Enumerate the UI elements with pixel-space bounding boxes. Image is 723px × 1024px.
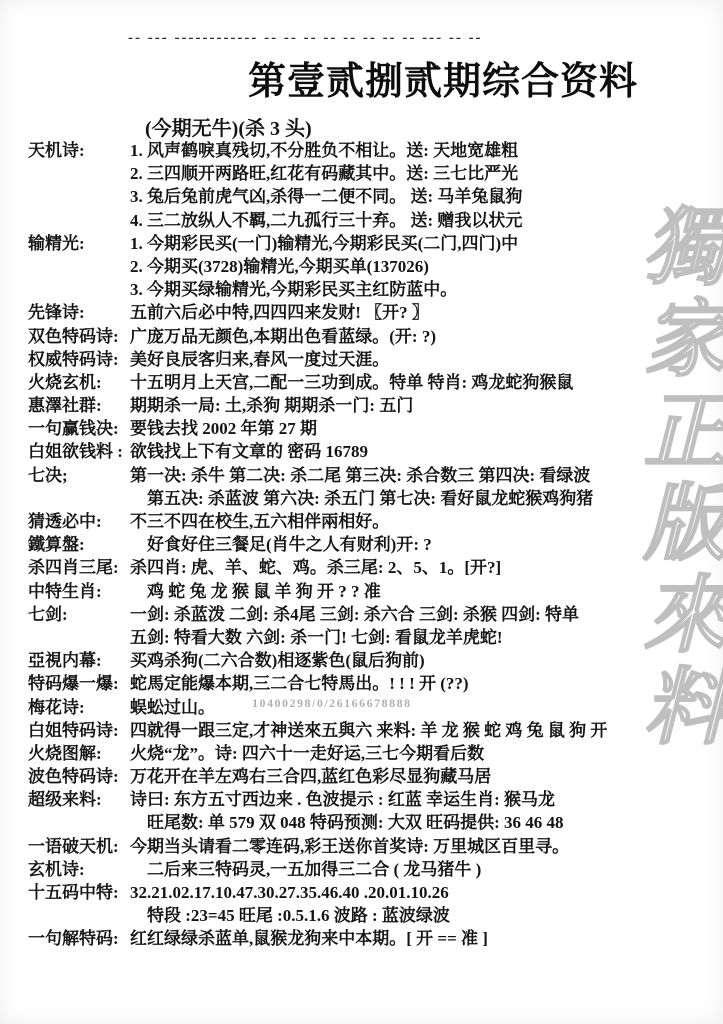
row-line: 旺尾数: 单 579 双 048 特码预测: 大双 旺码提供: 36 46 48 [130,811,723,834]
info-row: 天机诗: 1. 风声鹤唳真残切,不分胜负不相让。送: 天地宽雄粗2. 三四顺开两… [28,139,723,232]
row-label: 输精光: [28,232,85,255]
row-lines: 1. 今期彩民买(一门)输精光,今期彩民买(二门,四门)中2. 今期买(3728… [130,232,723,302]
page-title: 第壹贰捌贰期综合资料 [248,50,638,105]
row-label: 白姐欲钱料 : [28,440,123,463]
row-label: 双色特码诗: [28,325,119,348]
row-line: 十五明月上天宫,二配一三功到成。特单 特肖: 鸡龙蛇狗猴鼠 [130,371,723,394]
row-line: 一剑: 杀蓝泼 二剑: 杀4尾 三剑: 杀六合 三剑: 杀猴 四剑: 特单 [130,603,723,626]
row-lines: 期期杀一局: 土,杀狗 期期杀一门: 五门 [130,394,723,417]
info-row: 十五码中特: 32.21.02.17.10.47.30.27.35.46.40 … [28,881,723,927]
info-row: 中特生肖: 鸡 蛇 兔 龙 猴 鼠 羊 狗 开 ? ? 准 [28,580,723,603]
info-row: 火烧玄机: 十五明月上天宫,二配一三功到成。特单 特肖: 鸡龙蛇狗猴鼠 [28,371,723,394]
info-row: 波色特码诗: 万花开在羊左鸡右三合四,蓝红色彩尽显狗藏马居 [28,765,723,788]
top-clipped-text-line: -- --- ------------ -- -- -- -- -- -- --… [128,30,598,43]
row-line: 诗曰: 东方五寸西边来 . 色波提示 : 红蓝 幸运生肖: 猴马龙 [130,788,723,811]
row-line: 红红绿绿杀蓝单,鼠猴龙狗来中本期。[ 开 == 准 ] [130,927,723,950]
row-label: 亞視内幕: [28,649,102,672]
row-label: 一语破天机: [28,835,119,858]
info-row: 特码爆一爆: 蛇馬定能爆本期,三二合七特馬出。! ! ! 开 (??) [28,672,723,695]
row-line: 期期杀一局: 土,杀狗 期期杀一门: 五门 [130,394,723,417]
info-row: 七剑: 一剑: 杀蓝泼 二剑: 杀4尾 三剑: 杀六合 三剑: 杀猴 四剑: 特… [28,603,723,649]
row-lines: 32.21.02.17.10.47.30.27.35.46.40 .20.01.… [130,881,723,927]
row-line: 美好良辰客归来,春风一度过天涯。 [130,348,723,371]
row-label: 十五码中特: [28,881,119,904]
row-lines: 四就得一跟三定,才神送來五與六 来料: 羊 龙 猴 蛇 鸡 兔 鼠 狗 开 [130,719,723,742]
row-lines: 万花开在羊左鸡右三合四,蓝红色彩尽显狗藏马居 [130,765,723,788]
row-label: 天机诗: [28,139,85,162]
row-line: 4. 三二放纵人不羁,二九孤行三十弃。 送: 赠我以状元 [130,209,723,232]
row-lines: 广庞万品无颜色,本期出色看蓝绿。(开: ?) [130,325,723,348]
row-lines: 蜈蚣过山。 [130,696,723,719]
info-row: 惠澤社群: 期期杀一局: 土,杀狗 期期杀一门: 五门 [28,394,723,417]
row-line: 广庞万品无颜色,本期出色看蓝绿。(开: ?) [130,325,723,348]
row-line: 欲钱找上下有文章的 密码 16789 [130,440,723,463]
info-row: 先锋诗: 五前六后必中特,四四四来发财! 〖开? 〗 [28,301,723,324]
row-lines: 二后来三特码灵,一五加得三二合 ( 龙马猪牛 ) [130,858,723,881]
row-label: 惠澤社群: [28,394,102,417]
row-line: 2. 今期买(3728)输精光,今期买单(137026) [130,255,723,278]
row-line: 杀四肖: 虎、羊、蛇、鸡。杀三尾: 2、5、1。[开?] [130,556,723,579]
row-label: 中特生肖: [28,580,102,603]
row-label: 玄机诗: [28,858,85,881]
row-line: 买鸡杀狗(二六合数)相逐紫色(鼠后狗前) [130,649,723,672]
row-lines: 不三不四在校生,五六相伴兩相好。 [130,510,723,533]
info-row: 超级来料: 诗曰: 东方五寸西边来 . 色波提示 : 红蓝 幸运生肖: 猴马龙 … [28,788,723,834]
row-lines: 火烧“龙”。诗: 四六十一走好运,三七今期看后数 [130,742,723,765]
row-line: 今期当头请看二零连码,彩王送你首奖诗: 万里城区百里寻。 [130,835,723,858]
row-line: 特段 :23=45 旺尾 :0.5.1.6 波路 : 蓝波绿波 [130,904,723,927]
row-lines: 鸡 蛇 兔 龙 猴 鼠 羊 狗 开 ? ? 准 [130,580,723,603]
row-lines: 诗曰: 东方五寸西边来 . 色波提示 : 红蓝 幸运生肖: 猴马龙 旺尾数: 单… [130,788,723,834]
row-line: 3. 兔后兔前虎气凶,杀得一二便不同。 送: 马羊兔鼠狗 [130,185,723,208]
row-line: 2. 三四顺开两路旺,红花有码藏其中。送: 三七比严光 [130,162,723,185]
row-label: 鐵算盤: [28,533,85,556]
row-lines: 买鸡杀狗(二六合数)相逐紫色(鼠后狗前) [130,649,723,672]
faint-overprint-artifact: 10400298/0/26166678888 [252,696,412,711]
info-row: 一语破天机: 今期当头请看二零连码,彩王送你首奖诗: 万里城区百里寻。 [28,835,723,858]
row-line: 万花开在羊左鸡右三合四,蓝红色彩尽显狗藏马居 [130,765,723,788]
row-line: 蜈蚣过山。 [130,696,723,719]
row-label: 火烧图解: [28,742,102,765]
info-row: 鐵算盤: 好食好住三餐足(肖牛之人有财利)开: ? [28,533,723,556]
row-label: 权威特码诗: [28,348,119,371]
info-row: 双色特码诗: 广庞万品无颜色,本期出色看蓝绿。(开: ?) [28,325,723,348]
row-label: 特码爆一爆: [28,672,119,695]
info-row: 杀四肖三尾: 杀四肖: 虎、羊、蛇、鸡。杀三尾: 2、5、1。[开?] [28,556,723,579]
info-row: 权威特码诗: 美好良辰客归来,春风一度过天涯。 [28,348,723,371]
row-label: 白姐特码诗: [28,719,119,742]
row-lines: 要钱去找 2002 年第 27 期 [130,417,723,440]
row-line: 火烧“龙”。诗: 四六十一走好运,三七今期看后数 [130,742,723,765]
info-row: 亞視内幕: 买鸡杀狗(二六合数)相逐紫色(鼠后狗前) [28,649,723,672]
row-label: 猜透必中: [28,510,102,533]
info-row: 火烧图解: 火烧“龙”。诗: 四六十一走好运,三七今期看后数 [28,742,723,765]
row-line: 五剑: 特看大数 六剑: 杀一门! 七剑: 看鼠龙羊虎蛇! [130,626,723,649]
row-line: 五前六后必中特,四四四来发财! 〖开? 〗 [130,301,723,324]
row-label: 一句赢钱决: [28,417,119,440]
row-lines: 美好良辰客归来,春风一度过天涯。 [130,348,723,371]
row-label: 七决; [28,464,68,487]
row-lines: 欲钱找上下有文章的 密码 16789 [130,440,723,463]
row-lines: 十五明月上天宫,二配一三功到成。特单 特肖: 鸡龙蛇狗猴鼠 [130,371,723,394]
row-line: 3. 今期买绿输精光,今期彩民买主红防蓝中。 [130,278,723,301]
row-label: 梅花诗: [28,696,85,719]
row-lines: 今期当头请看二零连码,彩王送你首奖诗: 万里城区百里寻。 [130,835,723,858]
row-line: 32.21.02.17.10.47.30.27.35.46.40 .20.01.… [130,881,723,904]
row-line: 二后来三特码灵,一五加得三二合 ( 龙马猪牛 ) [130,858,723,881]
row-lines: 蛇馬定能爆本期,三二合七特馬出。! ! ! 开 (??) [130,672,723,695]
row-line: 第五决: 杀蓝波 第六决: 杀五门 第七决: 看好鼠龙蛇猴鸡狗猪 [130,487,723,510]
row-line: 蛇馬定能爆本期,三二合七特馬出。! ! ! 开 (??) [130,672,723,695]
row-line: 1. 今期彩民买(一门)输精光,今期彩民买(二门,四门)中 [130,232,723,255]
row-lines: 1. 风声鹤唳真残切,不分胜负不相让。送: 天地宽雄粗2. 三四顺开两路旺,红花… [130,139,723,232]
info-row: 猜透必中: 不三不四在校生,五六相伴兩相好。 [28,510,723,533]
row-label: 杀四肖三尾: [28,556,119,579]
row-lines: 杀四肖: 虎、羊、蛇、鸡。杀三尾: 2、5、1。[开?] [130,556,723,579]
row-lines: 一剑: 杀蓝泼 二剑: 杀4尾 三剑: 杀六合 三剑: 杀猴 四剑: 特单五剑:… [130,603,723,649]
row-line: 1. 风声鹤唳真残切,不分胜负不相让。送: 天地宽雄粗 [130,139,723,162]
row-label: 一句解特码: [28,927,119,950]
info-row: 白姐特码诗: 四就得一跟三定,才神送來五與六 来料: 羊 龙 猴 蛇 鸡 兔 鼠… [28,719,723,742]
row-line: 好食好住三餐足(肖牛之人有财利)开: ? [130,533,723,556]
lottery-info-sheet: -- --- ------------ -- -- -- -- -- -- --… [0,0,723,1024]
info-row: 七决; 第一决: 杀牛 第二决: 杀二尾 第三决: 杀合数三 第四决: 看绿波 … [28,464,723,510]
info-row: 一句赢钱决: 要钱去找 2002 年第 27 期 [28,417,723,440]
info-row: 输精光: 1. 今期彩民买(一门)输精光,今期彩民买(二门,四门)中2. 今期买… [28,232,723,302]
row-lines: 第一决: 杀牛 第二决: 杀二尾 第三决: 杀合数三 第四决: 看绿波 第五决:… [130,464,723,510]
info-row: 一句解特码: 红红绿绿杀蓝单,鼠猴龙狗来中本期。[ 开 == 准 ] [28,927,723,950]
row-label: 七剑: [28,603,68,626]
subtitle-note: (今期无牛)(杀 3 头) [145,112,312,141]
row-line: 四就得一跟三定,才神送來五與六 来料: 羊 龙 猴 蛇 鸡 兔 鼠 狗 开 [130,719,723,742]
info-rows: 天机诗: 1. 风声鹤唳真残切,不分胜负不相让。送: 天地宽雄粗2. 三四顺开两… [28,139,723,951]
row-lines: 好食好住三餐足(肖牛之人有财利)开: ? [130,533,723,556]
row-label: 火烧玄机: [28,371,102,394]
row-label: 先锋诗: [28,301,85,324]
row-label: 波色特码诗: [28,765,119,788]
row-line: 不三不四在校生,五六相伴兩相好。 [130,510,723,533]
row-label: 超级来料: [28,788,102,811]
row-lines: 红红绿绿杀蓝单,鼠猴龙狗来中本期。[ 开 == 准 ] [130,927,723,950]
row-lines: 五前六后必中特,四四四来发财! 〖开? 〗 [130,301,723,324]
row-line: 鸡 蛇 兔 龙 猴 鼠 羊 狗 开 ? ? 准 [130,580,723,603]
row-line: 要钱去找 2002 年第 27 期 [130,417,723,440]
row-line: 第一决: 杀牛 第二决: 杀二尾 第三决: 杀合数三 第四决: 看绿波 [130,464,723,487]
info-row: 玄机诗: 二后来三特码灵,一五加得三二合 ( 龙马猪牛 ) [28,858,723,881]
info-row: 白姐欲钱料 : 欲钱找上下有文章的 密码 16789 [28,440,723,463]
